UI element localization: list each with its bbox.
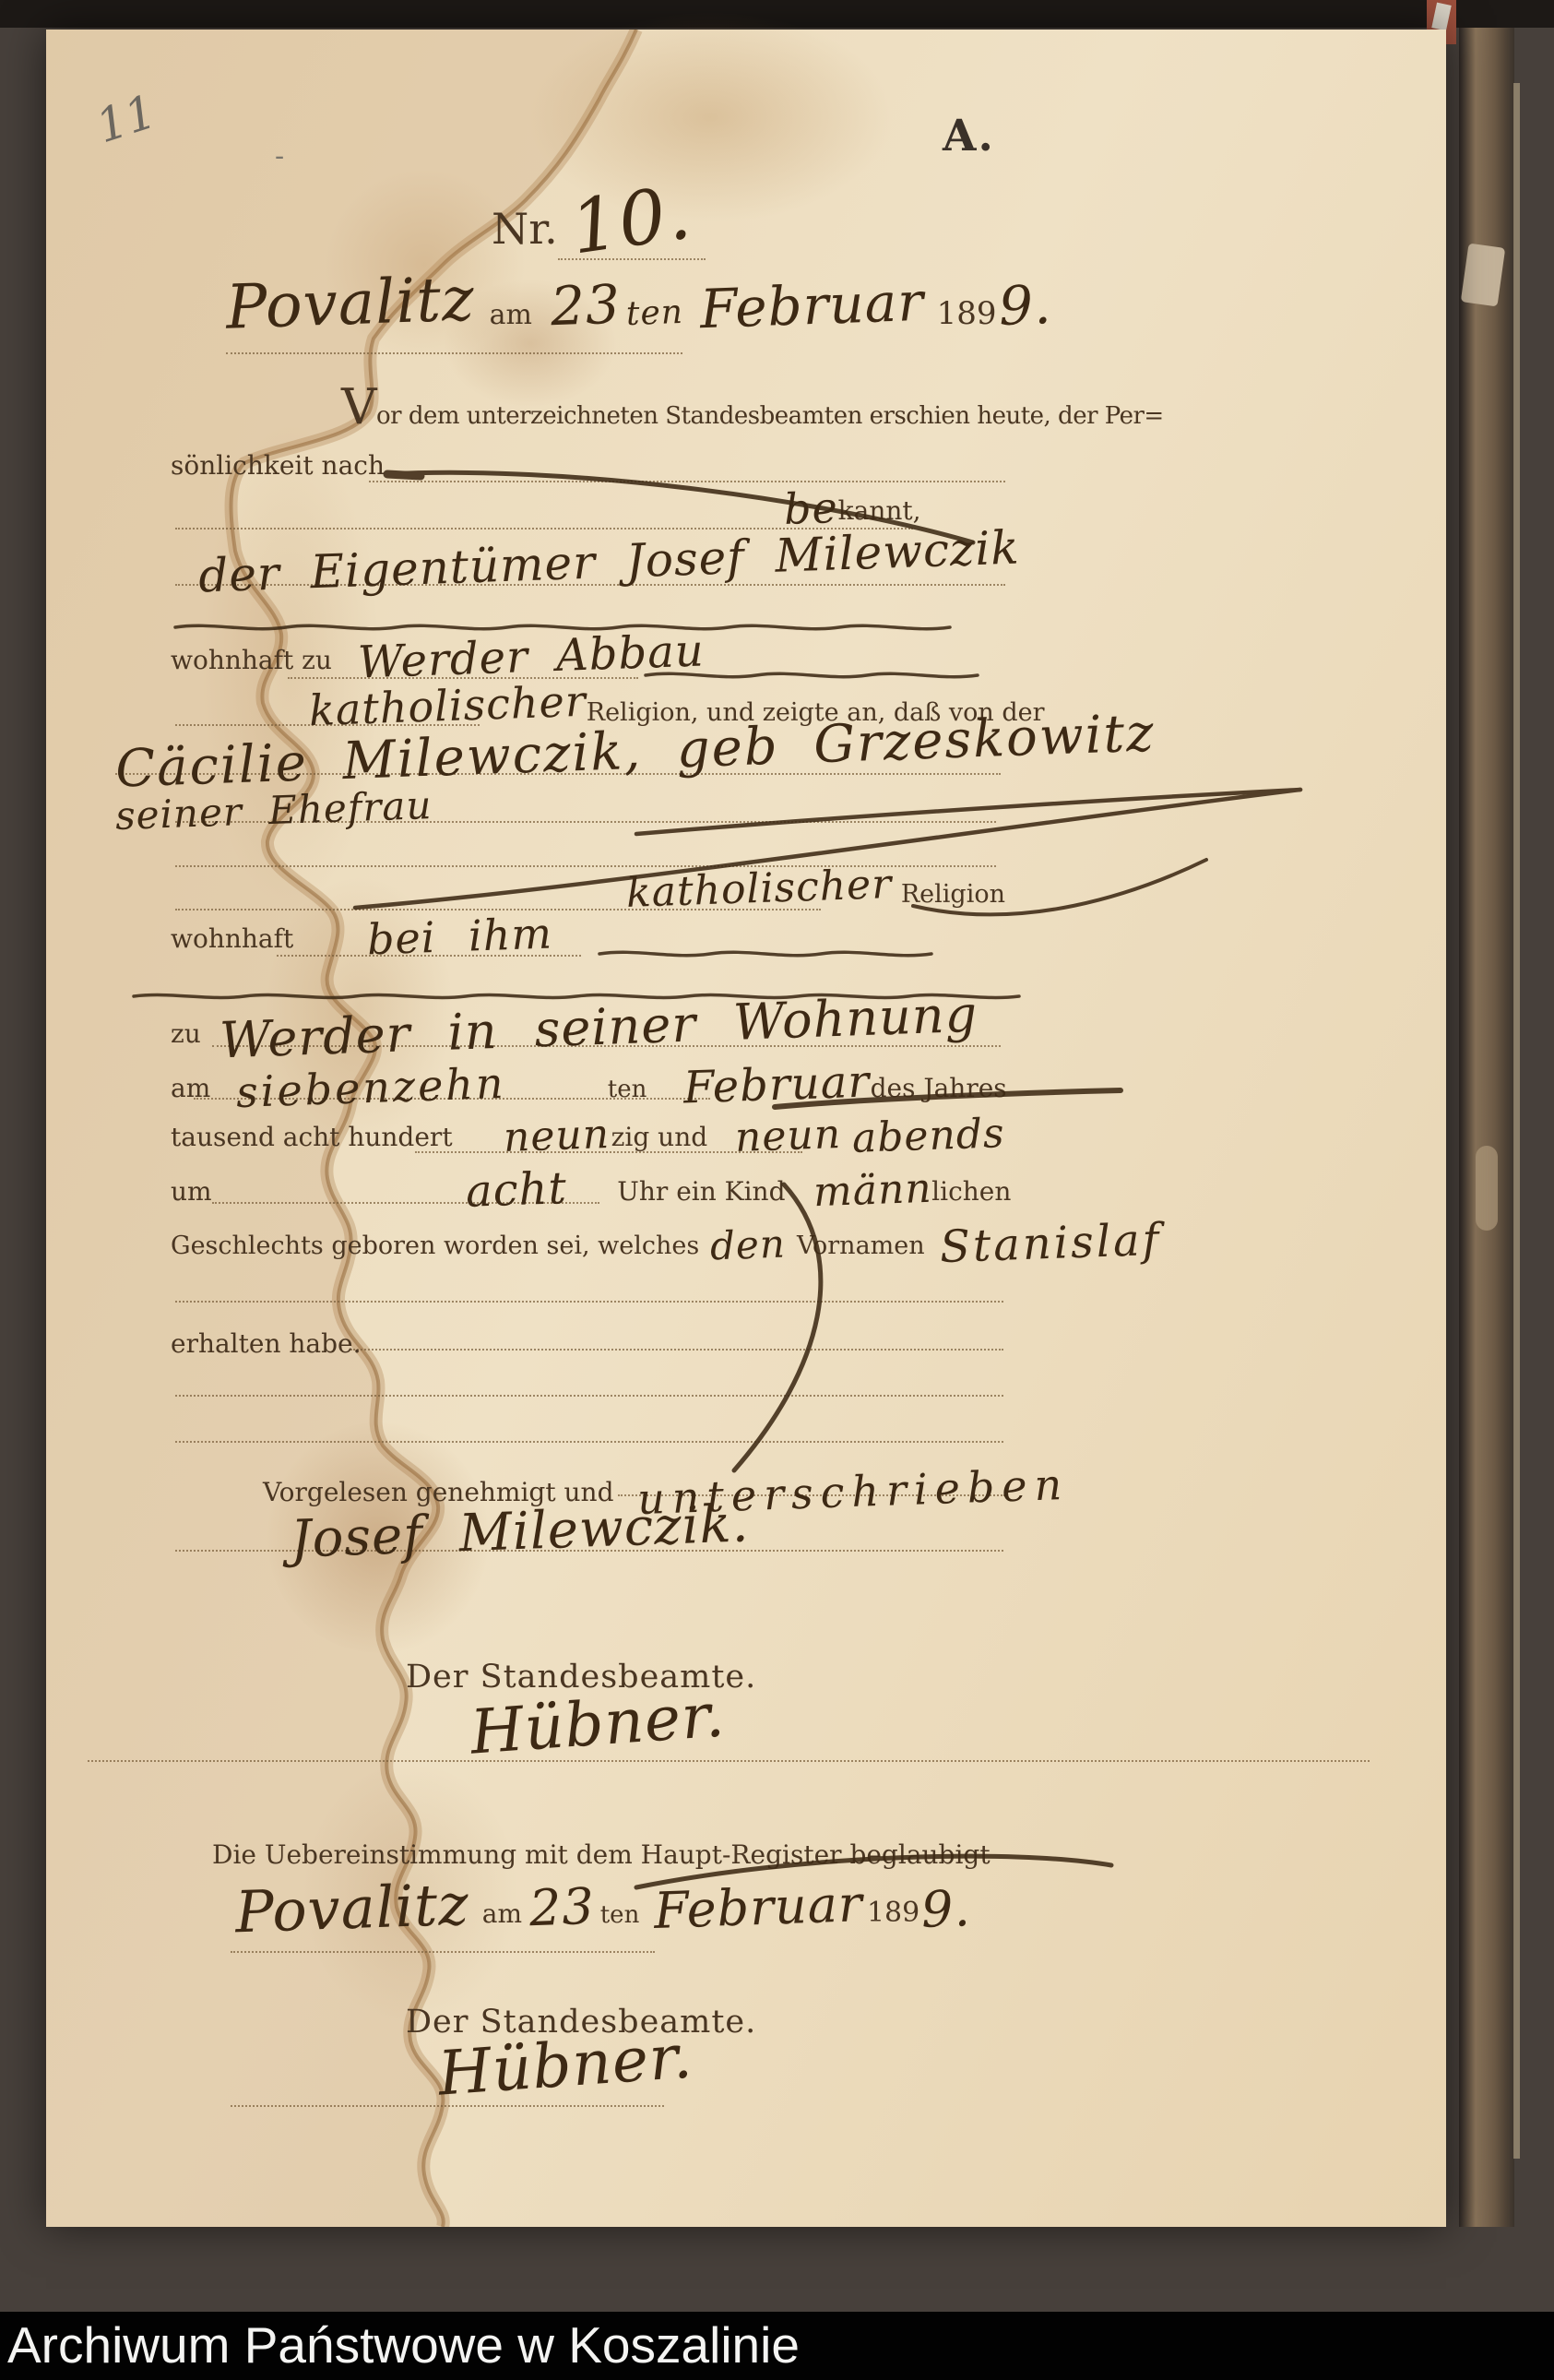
ruled-dotted-line [175, 1395, 1003, 1397]
cert-date-ten: ten [600, 1901, 640, 1929]
cert-date-line: Povalitz am 23 ten Februar 189 9. [235, 1874, 971, 1929]
page-edge-highlight [1513, 83, 1520, 2159]
den-hw: den [709, 1221, 786, 1269]
cert-date-year-printed: 189 [867, 1897, 919, 1929]
erhalten-line: erhalten habe. [171, 1328, 362, 1359]
hour-value: acht [465, 1162, 568, 1218]
birth-place-line: zu Werder in seiner Wohnung [171, 998, 978, 1049]
record-number-line: Nr. 10. [492, 177, 691, 254]
form-letter-a: A. [943, 111, 995, 161]
child-name-value: Stanislaf [939, 1214, 1162, 1273]
birth-year-line: tausend acht hundert neun zig und neun a… [171, 1113, 1005, 1152]
time-of-day: abends [852, 1110, 1006, 1162]
head-date-place: Povalitz [225, 263, 476, 342]
head-date-line: Povalitz am 23 ten Februar 189 9. [226, 268, 1051, 339]
sex-hw: männ [813, 1165, 932, 1216]
religion-2-hw: katholischer [625, 861, 893, 917]
residence-line: wohnhaft zu Werder Abbau [171, 631, 705, 675]
ruled-dotted-line [369, 481, 1005, 482]
wohnhaft-line: wohnhaft bei ihm [171, 911, 552, 954]
religion-line-2: katholischer Religion [627, 865, 1005, 912]
birth-date-line: am siebenzehn ten Februar des Jahres [171, 1059, 1005, 1103]
pencil-dash-mark: - [275, 140, 284, 173]
registrar-signature-1: Hübner. [470, 1688, 725, 1759]
nr-label: Nr. [492, 204, 558, 254]
head-date-year-printed: 189 [937, 295, 997, 332]
year-neun-2: neun [734, 1111, 842, 1161]
religion-2-printed: Religion [901, 880, 1005, 909]
birth-day-value: siebenzehn [235, 1058, 506, 1117]
cert-date-am: am [482, 1898, 522, 1929]
birth-hour-line: um acht Uhr ein Kind männ lichen [171, 1164, 1005, 1207]
bekannt-line: be kannt, [784, 483, 921, 526]
bei-ihm-value: bei ihm [366, 909, 553, 965]
book-binding-edge [1459, 28, 1514, 2227]
registrar-signature-2: Hübner. [438, 2029, 693, 2100]
head-date-ten: ten [625, 293, 683, 333]
cert-date-place: Povalitz [234, 1871, 470, 1946]
mother-relation-line: seiner Ehefrau [115, 788, 432, 833]
ruled-dotted-line [350, 1349, 1003, 1351]
declarant-signature: Josef Milewczik. [291, 1502, 749, 1562]
ruled-dotted-line [175, 1301, 1003, 1303]
cert-date-day: 23 [528, 1877, 596, 1937]
declarant-line: der Eigentümer Josef Milewczik [198, 535, 1020, 589]
cert-date-month: Februar [653, 1874, 864, 1940]
corner-letter-text: A. [943, 111, 995, 161]
year-neun-1: neun [503, 1111, 611, 1161]
cert-date-year-hw: 9. [920, 1879, 972, 1939]
head-date-day: 23 [550, 273, 622, 339]
ruled-dotted-line [175, 1441, 1003, 1443]
archive-photo: { "photo": { "footer": "Archiwum Państwo… [0, 0, 1554, 2380]
pencil-number-text: 11 [90, 85, 162, 154]
archive-watermark-text: Archiwum Państwowe w Koszalinie [7, 2315, 800, 2374]
child-name-line: Geschlechts geboren worden sei, welches … [171, 1218, 1005, 1260]
mother-line: Cäcilie Milewczik, geb Grzeskowitz [115, 721, 1156, 781]
bekannt-printed: kannt, [838, 495, 921, 526]
head-date-am: am [490, 299, 532, 331]
ruled-dotted-line [88, 1760, 1370, 1762]
ruled-dotted-line [226, 352, 682, 354]
intro-line-2: sönlichkeit nach [171, 450, 385, 481]
intro-line-1: Vor dem unterzeichneten Standesbeamten e… [341, 389, 1014, 430]
head-date-month: Februar [699, 270, 925, 340]
page-curl-highlight [1476, 1146, 1498, 1231]
certification-line: Die Uebereinstimmung mit dem Haupt-Regis… [212, 1839, 991, 1870]
record-number-value: 10. [565, 169, 696, 270]
ruled-dotted-line [231, 1951, 655, 1953]
pencil-archival-number: 11 [97, 92, 156, 146]
birth-month-value: Februar [682, 1055, 871, 1113]
head-date-year-hw: 9. [997, 273, 1052, 338]
archive-watermark-band: Archiwum Państwowe w Koszalinie [0, 2312, 1554, 2380]
document-page: 11 - A. Nr. 10. Povalitz am 23 ten Febru… [46, 30, 1446, 2227]
